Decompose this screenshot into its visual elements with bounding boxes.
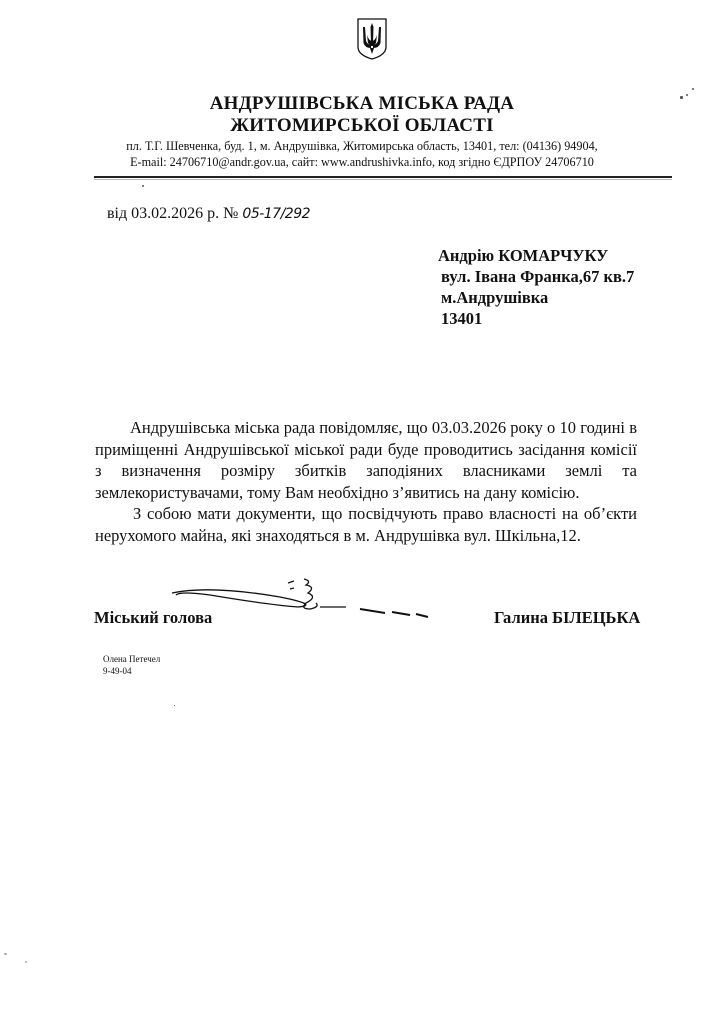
signatory-role: Міський голова <box>94 608 212 628</box>
trident-coat-of-arms-icon <box>356 17 388 61</box>
header-divider-shadow <box>94 179 672 180</box>
scan-speck <box>4 953 7 955</box>
executor-phone: 9-49-04 <box>103 665 160 677</box>
scan-speck <box>25 961 27 963</box>
scan-speck <box>686 94 688 96</box>
body-paragraph-2: З собою мати документи, що посвідчують п… <box>95 503 637 546</box>
scan-speck <box>174 705 175 706</box>
letter-body: Андрушівська міська рада повідомляє, що … <box>95 417 637 546</box>
recipient-street: вул. Івана Франка,67 кв.7 <box>438 266 634 287</box>
body-paragraph-1: Андрушівська міська рада повідомляє, що … <box>95 417 637 503</box>
signatory-name: Галина БІЛЕЦЬКА <box>494 608 640 628</box>
executor-block: Олена Петечел 9-49-04 <box>103 653 160 677</box>
header-divider <box>94 176 672 178</box>
recipient-block: Андрію КОМАРЧУКУ вул. Івана Франка,67 кв… <box>438 245 634 329</box>
org-contacts-line2: E-mail: 24706710@andr.gov.ua, сайт: www.… <box>0 155 724 170</box>
scan-speck <box>680 96 683 99</box>
org-address-line1: пл. Т.Г. Шевченка, буд. 1, м. Андрушівка… <box>0 139 724 154</box>
executor-name: Олена Петечел <box>103 653 160 665</box>
org-name-line1: АНДРУШІВСЬКА МІСЬКА РАДА <box>0 93 724 115</box>
recipient-name: Андрію КОМАРЧУКУ <box>438 245 634 266</box>
scan-speck <box>142 185 144 187</box>
reference-number-handwritten: 05-17/292 <box>242 206 310 222</box>
reference-date-prefix: від 03.02.2026 р. № <box>107 205 238 222</box>
scan-speck <box>692 88 694 90</box>
recipient-city: м.Андрушівка <box>438 287 634 308</box>
reference-line: від 03.02.2026 р. № 05-17/292 <box>107 205 310 223</box>
recipient-postcode: 13401 <box>438 308 634 329</box>
org-name-line2: ЖИТОМИРСЬКОЇ ОБЛАСТІ <box>0 115 724 137</box>
